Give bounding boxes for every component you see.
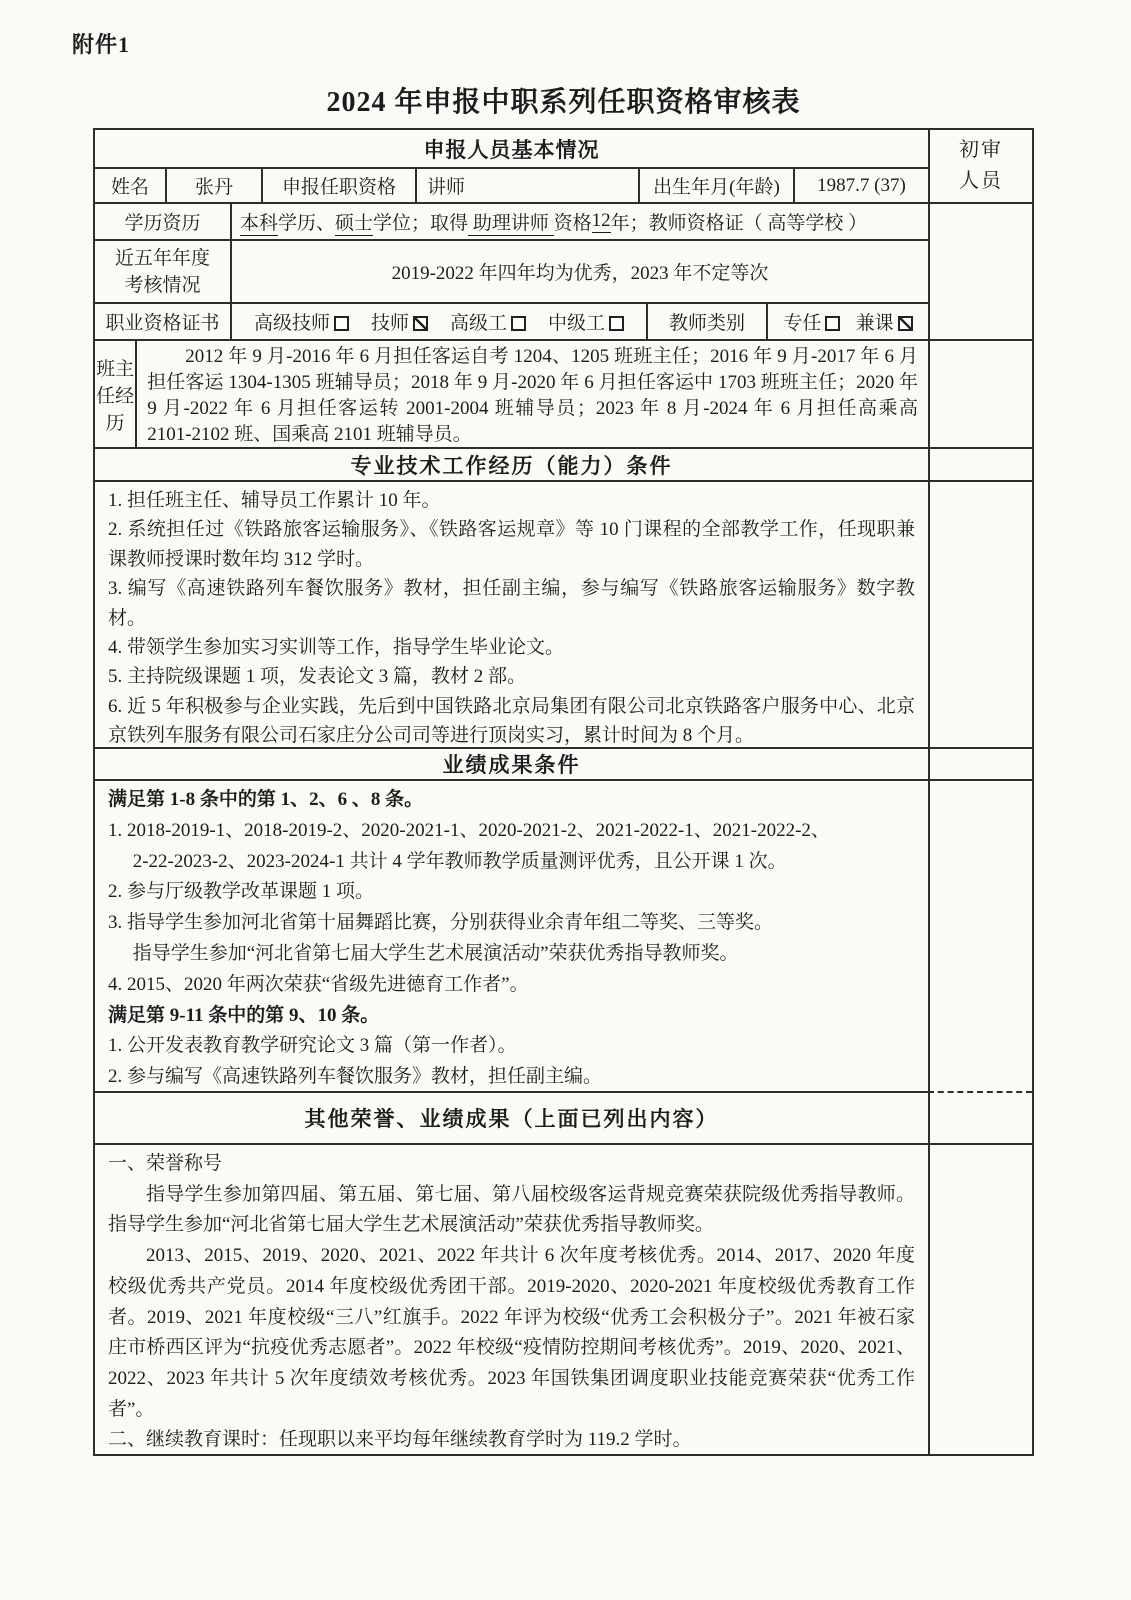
option-label: 技师 [371, 313, 409, 334]
text-line: 2. 参与厅级教学改革课题 1 项。 [108, 877, 915, 908]
text-line: 2-22-2023-2、2023-2024-1 共计 4 学年教师教学质量测评优… [108, 847, 915, 878]
underlined-text: 硕士 [335, 208, 373, 236]
empty-checkbox-icon [609, 316, 624, 331]
empty-checkbox-icon [334, 316, 349, 331]
text-line: 满足第 9-11 条中的第 9、10 条。 [108, 1001, 915, 1032]
reviewer-cell-achv-content [928, 779, 1032, 1091]
qualification-label: 申报任职资格 [261, 169, 415, 202]
reviewer-label-line1: 初审 [959, 135, 1003, 166]
text-part: 年；教师资格证（ 高等学校 ） [611, 208, 868, 235]
text-line: 6. 近 5 年积极参与企业实践，先后到中国铁路北京局集团有限公司北京铁路客户服… [108, 692, 915, 747]
underlined-text: 本科 [240, 208, 278, 236]
text-part: 学位；取得 [373, 208, 468, 235]
text-line: 指导学生参加“河北省第七届大学生艺术展演活动”荣获优秀指导教师奖。 [108, 939, 915, 970]
education-label: 学历资历 [95, 204, 230, 239]
education-value: 本科学历、硕士学位；取得 助理讲师 资格12年；教师资格证（ 高等学校 ） [230, 204, 928, 239]
reviewer-label-line2: 人员 [959, 166, 1003, 197]
text-line: 2013、2015、2019、2020、2021、2022 年共计 6 次年度考… [108, 1241, 915, 1425]
assessment-label-line2: 考核情况 [124, 272, 200, 299]
class-teacher-value: 2012 年 9 月-2016 年 6 月担任客运自考 1204、1205 班班… [135, 341, 928, 447]
education-row: 学历资历 本科学历、硕士学位；取得 助理讲师 资格12年；教师资格证（ 高等学校… [95, 202, 928, 239]
empty-checkbox-icon [511, 316, 526, 331]
text-line: 指导学生参加第四届、第五届、第七届、第八届校级客运背规竞赛荣获院级优秀指导教师。… [108, 1180, 915, 1241]
assessment-label-line1: 近五年年度 [115, 245, 210, 272]
checkbox-option: 中级工 [548, 308, 624, 335]
vocational-cert-label: 职业资格证书 [95, 304, 230, 339]
achievement-section-header: 业绩成果条件 [95, 747, 928, 779]
birth-date-value: 1987.7 (37) [793, 169, 928, 202]
text-line: 3. 指导学生参加河北省第十届舞蹈比赛，分别获得业余青年组二等奖、三等奖。 [108, 908, 915, 939]
reviewer-cell-basic [928, 202, 1032, 339]
assessment-row: 近五年年度 考核情况 2019-2022 年四年均为优秀，2023 年不定等次 [95, 239, 928, 302]
checked-checkbox-icon [898, 316, 913, 331]
name-value: 张丹 [165, 169, 261, 202]
basic-info-section-header: 申报人员基本情况 [95, 130, 928, 167]
teacher-type-options: 专任兼课 [766, 304, 928, 339]
assessment-value: 2019-2022 年四年均为优秀，2023 年不定等次 [230, 241, 928, 302]
form-title: 2024 年申报中职系列任职资格审核表 [95, 80, 1032, 120]
name-label: 姓名 [95, 169, 165, 202]
birth-date-label: 出生年月(年龄) [638, 169, 793, 202]
text-line: 2. 系统担任过《铁路旅客运输服务》、《铁路客运规章》等 10 门课程的全部教学… [108, 515, 915, 574]
checkbox-option: 高级技师 [254, 308, 349, 335]
text-line: 满足第 1-8 条中的第 1、2、6 、8 条。 [108, 785, 915, 816]
reviewer-cell-prof-header [928, 447, 1032, 480]
checkbox-option: 技师 [371, 308, 428, 335]
underlined-text: 12 [592, 210, 611, 233]
class-teacher-row: 班主任经历 2012 年 9 月-2016 年 6 月担任客运自考 1204、1… [95, 339, 928, 447]
text-line: 一、荣誉称号 [108, 1149, 915, 1180]
empty-checkbox-icon [825, 316, 840, 331]
option-label: 专任 [783, 313, 821, 334]
other-honors-content: 一、荣誉称号指导学生参加第四届、第五届、第七届、第八届校级客运背规竞赛荣获院级优… [95, 1143, 928, 1454]
name-row: 姓名 张丹 申报任职资格 讲师 出生年月(年龄) 1987.7 (37) [95, 167, 928, 202]
qualification-value: 讲师 [415, 169, 638, 202]
text-line: 4. 带领学生参加实习实训等工作，指导学生毕业论文。 [108, 633, 915, 662]
checkbox-option: 专任 [783, 308, 840, 335]
achievement-content: 满足第 1-8 条中的第 1、2、6 、8 条。1. 2018-2019-1、2… [95, 779, 928, 1091]
vocational-cert-options: 高级技师技师高级工中级工 [230, 304, 646, 339]
professional-content: 1. 担任班主任、辅导员工作累计 10 年。2. 系统担任过《铁路旅客运输服务》… [95, 480, 928, 747]
text-line: 二、继续教育课时：任现职以来平均每年继续教育学时为 119.2 学时。 [108, 1425, 915, 1454]
option-label: 高级技师 [254, 313, 330, 334]
attachment-label: 附件1 [72, 28, 130, 59]
text-line: 3. 编写《高速铁路列车餐饮服务》教材，担任副主编，参与编写《铁路旅客运输服务》… [108, 574, 915, 633]
checkbox-option: 兼课 [856, 308, 913, 335]
text-line: 5. 主持院级课题 1 项，发表论文 3 篇，教材 2 部。 [108, 662, 915, 691]
reviewer-cell-honors-header [928, 1091, 1032, 1143]
other-honors-section-header: 其他荣誉、业绩成果（上面已列出内容） [95, 1091, 928, 1143]
text-line: 4. 2015、2020 年两次荣获“省级先进德育工作者”。 [108, 970, 915, 1001]
underlined-text: 助理讲师 [468, 208, 554, 236]
reviewer-cell-class-teacher [928, 339, 1032, 447]
scanned-form-page: 附件1 2024 年申报中职系列任职资格审核表 申报人员基本情况 姓名 张丹 申… [0, 0, 1131, 1600]
text-line: 1. 公开发表教育教学研究论文 3 篇（第一作者）。 [108, 1031, 915, 1062]
option-label: 高级工 [450, 313, 507, 334]
option-label: 兼课 [856, 313, 894, 334]
reviewer-column-header: 初审 人员 [928, 130, 1032, 202]
assessment-label: 近五年年度 考核情况 [95, 241, 230, 302]
professional-section-header: 专业技术工作经历（能力）条件 [95, 447, 928, 480]
text-part: 学历、 [278, 208, 335, 235]
review-form-table: 申报人员基本情况 姓名 张丹 申报任职资格 讲师 出生年月(年龄) 1987.7… [93, 128, 1034, 1456]
vocational-cert-row: 职业资格证书 高级技师技师高级工中级工 教师类别 专任兼课 [95, 302, 928, 339]
text-line: 1. 2018-2019-1、2018-2019-2、2020-2021-1、2… [108, 816, 915, 847]
checked-checkbox-icon [413, 316, 428, 331]
reviewer-cell-achv-header [928, 747, 1032, 779]
reviewer-cell-prof-content [928, 480, 1032, 747]
text-line: 2. 参与编写《高速铁路列车餐饮服务》教材，担任副主编。 [108, 1062, 915, 1091]
checkbox-option: 高级工 [450, 308, 526, 335]
reviewer-cell-honors-content [928, 1143, 1032, 1454]
text-line: 1. 担任班主任、辅导员工作累计 10 年。 [108, 486, 915, 515]
class-teacher-label: 班主任经历 [95, 341, 135, 447]
teacher-type-label: 教师类别 [646, 304, 766, 339]
text-part: 资格 [554, 208, 592, 235]
option-label: 中级工 [548, 313, 605, 334]
